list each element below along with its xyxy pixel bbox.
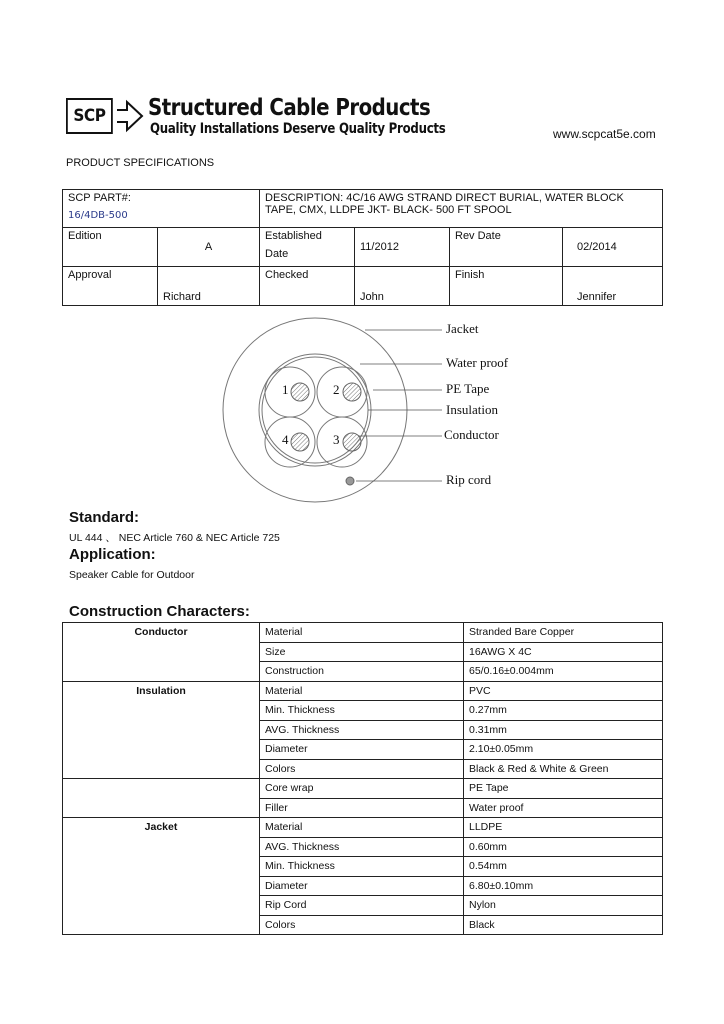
label-jacket: Jacket (446, 321, 478, 337)
rev-date-label: Rev Date (450, 228, 563, 267)
table-row: JacketMaterialLLDPE (63, 818, 663, 838)
value-cell: 2.10±0.05mm (464, 740, 663, 760)
property-cell: AVG. Thickness (260, 720, 464, 740)
established-value: 11/2012 (355, 228, 450, 267)
value-cell: Nylon (464, 896, 663, 916)
table-row: ConductorMaterialStranded Bare Copper (63, 623, 663, 643)
finish-value: Jennifer (563, 267, 663, 306)
value-cell: 16AWG X 4C (464, 642, 663, 662)
value-cell: 0.60mm (464, 837, 663, 857)
group-name: Insulation (63, 681, 260, 779)
description-cell: DESCRIPTION: 4C/16 AWG STRAND DIRECT BUR… (260, 190, 663, 228)
company-tagline: Quality Installations Deserve Quality Pr… (150, 121, 446, 137)
property-cell: Material (260, 818, 464, 838)
company-name: Structured Cable Products (148, 95, 430, 121)
property-cell: AVG. Thickness (260, 837, 464, 857)
document-heading: PRODUCT SPECIFICATIONS (66, 157, 214, 169)
application-heading: Application: (69, 546, 156, 563)
value-cell: PE Tape (464, 779, 663, 799)
standard-heading: Standard: (69, 509, 139, 526)
property-cell: Filler (260, 798, 464, 818)
label-conductor: Conductor (444, 427, 499, 443)
label-water-proof: Water proof (446, 355, 508, 371)
standard-text: UL 444 、 NEC Article 760 & NEC Article 7… (69, 530, 280, 545)
table-row: Core wrapPE Tape (63, 779, 663, 799)
checked-label: Checked (260, 267, 355, 306)
label-rip-cord: Rip cord (446, 472, 491, 488)
established-label-line2: Date (265, 248, 349, 260)
value-cell: Black & Red & White & Green (464, 759, 663, 779)
value-cell: Water proof (464, 798, 663, 818)
value-cell: 0.31mm (464, 720, 663, 740)
label-insulation: Insulation (446, 402, 498, 418)
property-cell: Colors (260, 915, 464, 935)
description-line-1: DESCRIPTION: 4C/16 AWG STRAND DIRECT BUR… (265, 192, 657, 204)
checked-value: John (355, 267, 450, 306)
website-url[interactable]: www.scpcat5e.com (553, 127, 656, 141)
value-cell: 6.80±0.10mm (464, 876, 663, 896)
property-cell: Diameter (260, 876, 464, 896)
property-cell: Diameter (260, 740, 464, 760)
application-text: Speaker Cable for Outdoor (69, 569, 195, 581)
value-cell: 0.54mm (464, 857, 663, 877)
part-cell: SCP PART#: 16/4DB-500 (63, 190, 260, 228)
pair-number-4: 4 (282, 432, 289, 448)
construction-heading: Construction Characters: (69, 603, 250, 620)
property-cell: Construction (260, 662, 464, 682)
rev-date-value: 02/2014 (563, 228, 663, 267)
logo-arrow-icon (112, 98, 146, 134)
part-number: 16/4DB-500 (68, 210, 254, 221)
property-cell: Size (260, 642, 464, 662)
approval-label: Approval (63, 267, 158, 306)
property-cell: Core wrap (260, 779, 464, 799)
table-row: InsulationMaterialPVC (63, 681, 663, 701)
approval-value: Richard (158, 267, 260, 306)
property-cell: Min. Thickness (260, 701, 464, 721)
property-cell: Material (260, 681, 464, 701)
construction-table: ConductorMaterialStranded Bare CopperSiz… (62, 622, 663, 935)
established-label-line1: Established (265, 230, 349, 242)
property-cell: Material (260, 623, 464, 643)
property-cell: Colors (260, 759, 464, 779)
part-label: SCP PART#: (68, 192, 131, 204)
pair-number-2: 2 (333, 382, 340, 398)
group-name (63, 779, 260, 818)
edition-label: Edition (63, 228, 158, 267)
edition-value: A (158, 228, 260, 267)
group-name: Jacket (63, 818, 260, 935)
property-cell: Rip Cord (260, 896, 464, 916)
established-label: Established Date (260, 228, 355, 267)
value-cell: PVC (464, 681, 663, 701)
value-cell: Black (464, 915, 663, 935)
cable-cross-section-diagram: 1 2 3 4 Jacket Water proof PE Tape Insul… (220, 312, 510, 512)
pair-number-1: 1 (282, 382, 289, 398)
group-name: Conductor (63, 623, 260, 682)
value-cell: 65/0.16±0.004mm (464, 662, 663, 682)
property-cell: Min. Thickness (260, 857, 464, 877)
finish-label: Finish (450, 267, 563, 306)
logo-mark: SCP (66, 98, 113, 134)
product-info-table: SCP PART#: 16/4DB-500 DESCRIPTION: 4C/16… (62, 189, 663, 306)
pair-number-3: 3 (333, 432, 340, 448)
value-cell: Stranded Bare Copper (464, 623, 663, 643)
label-pe-tape: PE Tape (446, 381, 489, 397)
value-cell: LLDPE (464, 818, 663, 838)
value-cell: 0.27mm (464, 701, 663, 721)
description-line-2: TAPE, CMX, LLDPE JKT- BLACK- 500 FT SPOO… (265, 204, 657, 216)
